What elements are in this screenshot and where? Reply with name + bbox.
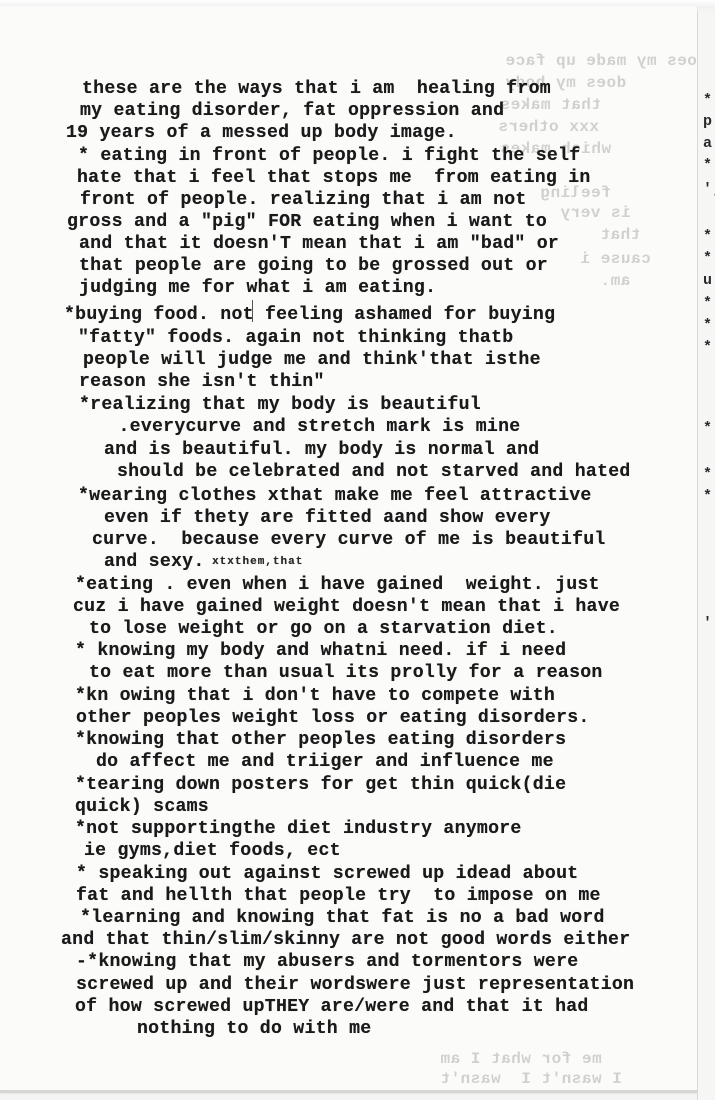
text-line: do affect me and triiger and influence m… — [96, 752, 554, 772]
adjacent-page-glyph: * — [703, 157, 712, 174]
text-line: * knowing my body and whatni need. if i … — [75, 641, 566, 661]
text-line: people will judge me and think'that isth… — [83, 350, 541, 370]
text-line: and is beautiful. my body is normal and — [104, 440, 539, 460]
text-line: *wearing clothes xthat make me feel attr… — [78, 486, 592, 506]
adjacent-page-glyph: * — [703, 488, 712, 505]
adjacent-page-glyph: a — [703, 135, 712, 152]
text-line: 19 years of a messed up body image. — [66, 123, 457, 143]
text-line: nothing to do with me — [137, 1019, 371, 1039]
adjacent-page-edge: *pa*';**u******' — [697, 12, 715, 1100]
adjacent-page-glyph: * — [703, 228, 712, 245]
text-line: screwed up and their wordswere just repr… — [76, 975, 634, 995]
text-line: *realizing that my body is beautiful — [79, 395, 481, 415]
text-line: -*knowing that my abusers and tormentors… — [76, 952, 578, 972]
text-line: hate that i feel that stops me from eati… — [77, 168, 591, 188]
text-line: *buying food. not feeling ashamed for bu… — [64, 305, 555, 325]
adjacent-page-glyph: * — [703, 339, 712, 356]
text-line: my eating disorder, fat oppression and — [80, 101, 504, 121]
text-line: curve. because every curve of me is beau… — [92, 530, 606, 550]
text-line: *knowing that other peoples eating disor… — [75, 730, 566, 750]
bleed-through-line: me for what I am — [440, 1050, 602, 1068]
adjacent-page-glyph: * — [703, 317, 712, 334]
text-line: and that it doesn'T mean that i am "bad"… — [79, 234, 559, 254]
adjacent-page-glyph: * — [703, 420, 712, 437]
adjacent-page-glyph: u — [703, 272, 712, 289]
text-line: should be celebrated and not starved and… — [117, 462, 631, 482]
struck-out-text: xtxthem,that — [204, 556, 303, 568]
pen-mark — [252, 300, 253, 322]
text-line: cuz i have gained weight doesn't mean th… — [73, 597, 620, 617]
bleed-through-line: am. — [600, 272, 630, 290]
text-line: and sexy. xtxthem,that — [104, 552, 303, 572]
adjacent-page-glyph: ' — [703, 615, 712, 632]
text-line: of how screwed upTHEY are/were and that … — [75, 997, 589, 1017]
adjacent-page-glyph: '; — [703, 181, 715, 198]
bleed-through-line: does my made up face — [505, 52, 707, 70]
text-line: even if thety are fitted aand show every — [104, 508, 551, 528]
bleed-through-line: xxx others — [498, 118, 599, 136]
text-line: *not supportingthe diet industry anymore — [75, 819, 522, 839]
adjacent-page-glyph: p — [703, 113, 712, 130]
text-line: to lose weight or go on a starvation die… — [89, 619, 558, 639]
adjacent-page-glyph: * — [703, 250, 712, 267]
text-line: * speaking out against screwed up idead … — [76, 864, 578, 884]
text-line: these are the ways that i am healing fro… — [82, 79, 551, 99]
text-line: to eat more than usual its prolly for a … — [89, 663, 603, 683]
bleed-through-line: I wasn't I wasn't — [440, 1070, 622, 1088]
text-line: *tearing down posters for get thin quick… — [75, 775, 566, 795]
text-line: "fatty" foods. again not thinking thatb — [78, 328, 513, 348]
text-line: * eating in front of people. i fight the… — [78, 146, 580, 166]
adjacent-page-glyph: * — [703, 92, 712, 109]
adjacent-page-glyph: * — [703, 295, 712, 312]
text-line: .everycurve and stretch mark is mine — [85, 417, 520, 437]
text-line: *eating . even when i have gained weight… — [75, 575, 600, 595]
bleed-through-line: is very — [560, 204, 631, 222]
text-line: quick) scams — [75, 797, 209, 817]
bleed-through-line: cause i — [580, 250, 651, 268]
text-line: and that thin/slim/skinny are not good w… — [61, 930, 630, 950]
text-line: judging me for what i am eating. — [79, 278, 436, 298]
text-line: fat and hellth that people try to impose… — [76, 886, 601, 906]
text-line: ie gyms,diet foods, ect — [84, 841, 341, 861]
adjacent-page-glyph: * — [703, 466, 712, 483]
text-line: *learning and knowing that fat is no a b… — [80, 908, 605, 928]
text-line: that people are going to be grossed out … — [79, 256, 548, 276]
bleed-through-line: that — [600, 226, 640, 244]
text-line: *kn owing that i don't have to compete w… — [75, 686, 555, 706]
text-line: gross and a "pig" FOR eating when i want… — [67, 212, 547, 232]
text-line: front of people. realizing that i am not — [80, 190, 527, 210]
text-line: reason she isn't thin" — [79, 372, 325, 392]
page-bottom-edge — [0, 1090, 697, 1093]
text-line: other peoples weight loss or eating diso… — [76, 708, 590, 728]
